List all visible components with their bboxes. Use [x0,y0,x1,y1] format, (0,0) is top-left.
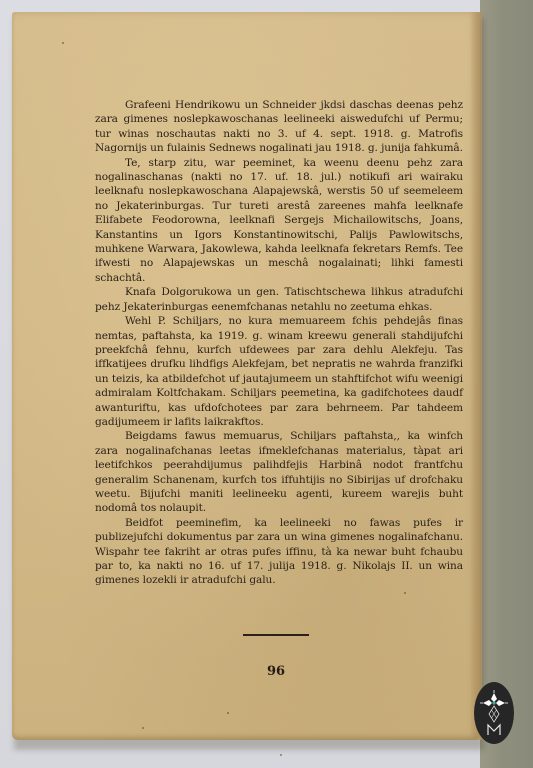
watermark-badge [474,682,514,744]
paragraph: Knafa Dolgorukowa un gen. Tatischtschewa… [95,285,463,314]
paragraph: Beigdams fawus memuarus, Schiljars pafta… [95,429,463,515]
paragraph: Wehl P. Schiljars, no kura memuareem fch… [95,314,463,429]
section-end-rule [243,634,309,636]
paper-speck [227,712,229,714]
paragraph: Beidfot peeminefim, ka leelineeki no faw… [95,516,463,588]
paper-speck [280,754,282,756]
paper-speck [142,727,144,729]
floral-monogram-icon [479,689,509,737]
paragraph: Grafeeni Hendrikowu un Schneider jkdsi d… [95,98,463,156]
body-text: Grafeeni Hendrikowu un Schneider jkdsi d… [95,98,463,588]
page-number: 96 [254,664,298,679]
paper-speck [404,592,406,594]
paragraph: Te, starp zitu, war peeminet, ka weenu d… [95,156,463,286]
adjacent-page [480,0,533,768]
paper-speck [62,42,64,44]
page-edge [470,12,482,740]
